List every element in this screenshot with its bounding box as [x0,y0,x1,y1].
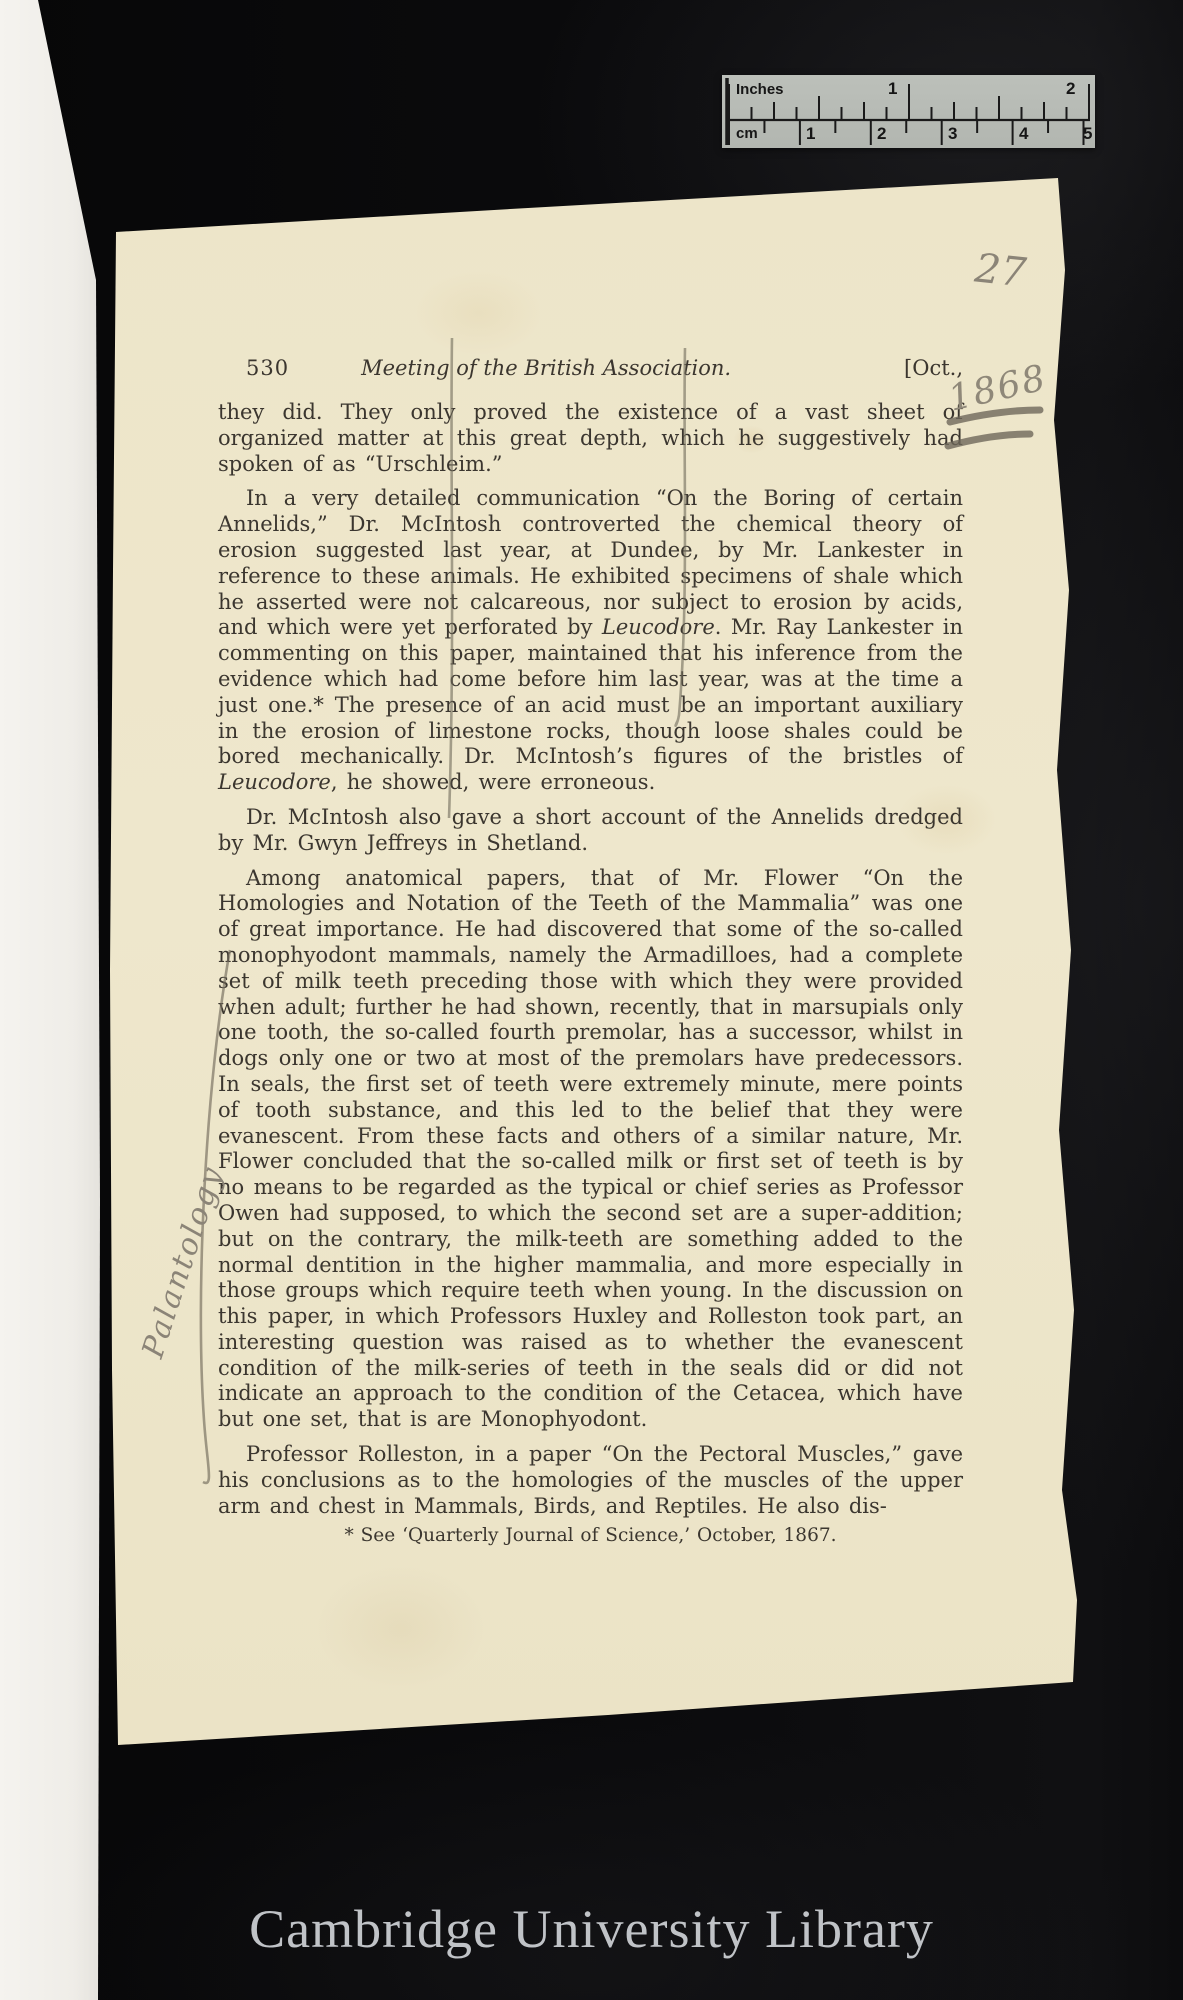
paragraph: Professor Rolleston, in a paper “On the … [218,1442,963,1519]
italic-text: Leucodore [218,770,331,794]
paragraph: Dr. McIntosh also gave a short account o… [218,805,963,857]
paragraph: In a very detailed communication “On the… [218,486,963,796]
body-text: they did. They only proved the existence… [218,400,963,1528]
scanned-page: 530 Meeting of the British Association. … [108,170,1083,1755]
pencil-margin-note: Palantology [136,1162,231,1363]
text-run: , he showed, were erroneous. [331,770,655,794]
ruler-inches-label: Inches [736,81,784,98]
ruler-cm-label: cm [736,125,758,142]
paragraph: they did. They only proved the existence… [218,400,963,477]
page-header: 530 Meeting of the British Association. … [218,356,963,386]
paragraph: Among anatomical papers, that of Mr. Flo… [218,866,963,1434]
italic-text: Leucodore [602,615,715,639]
ruler-inch-2: 2 [1066,79,1075,99]
footnote: * See ‘Quarterly Journal of Science,’ Oc… [218,1525,963,1546]
ruler-inch-1: 1 [888,79,897,99]
pencil-corner-number: 27 [973,245,1028,296]
ruler-cm-5: 5 [1083,124,1092,144]
measuring-ruler: Inches 1 2 cm 1 2 3 4 5 [722,75,1095,148]
text-run: Among anatomical papers, that of Mr. Flo… [218,866,963,1432]
scan-photo: { "scan": { "watermark": "Cambridge Univ… [0,0,1183,2000]
ruler-cm-2: 2 [877,124,886,144]
page-number: 530 [246,356,289,380]
ruler-cm-1: 1 [806,124,815,144]
white-mat-strip [0,0,104,2000]
ruler-cm-3: 3 [948,124,957,144]
ruler-cm-4: 4 [1019,124,1028,144]
text-run: Professor Rolleston, in a paper “On the … [218,1442,963,1518]
text-run: Dr. McIntosh also gave a short account o… [218,805,963,855]
text-run: they did. They only proved the existence… [218,400,963,476]
running-title: Meeting of the British Association. [361,356,731,380]
library-watermark: Cambridge University Library [0,1898,1183,1960]
